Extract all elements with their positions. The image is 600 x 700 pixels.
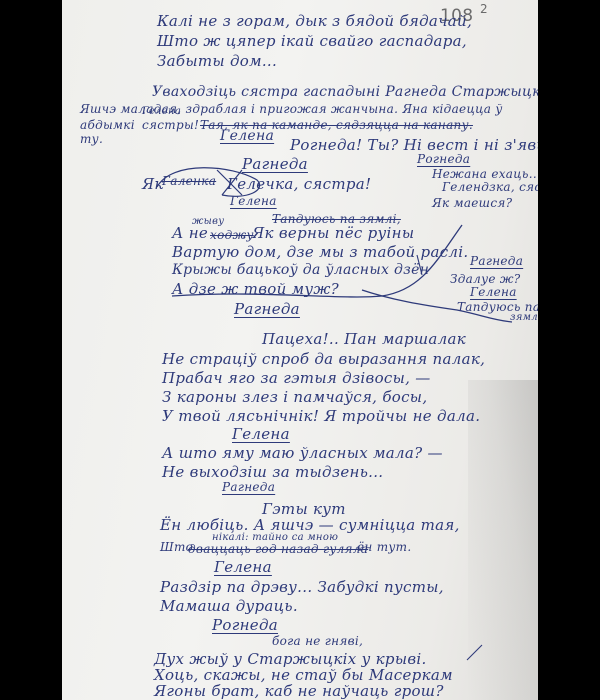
manuscript-page: 108 2 Калі не з горам, дык з бядой бядач…	[62, 0, 538, 700]
pen-strokes	[62, 0, 538, 700]
